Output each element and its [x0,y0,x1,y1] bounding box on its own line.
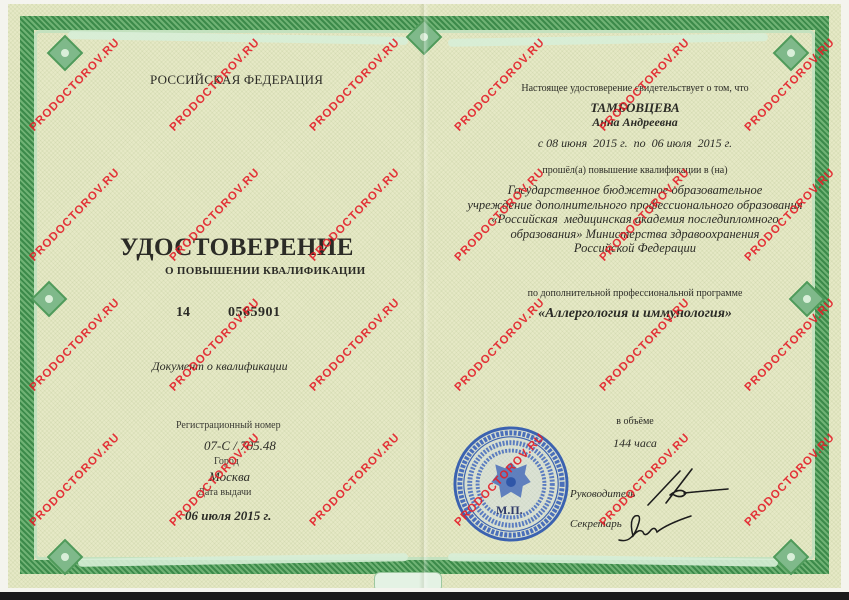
registration-number: 07-С / 705.48 [204,438,276,454]
training-period: с 08 июня 2015 г. по 06 июля 2015 г. [465,136,805,151]
country-heading: РОССИЙСКАЯ ФЕДЕРАЦИЯ [150,72,323,88]
issue-date-label: Дата выдачи [198,487,251,498]
passed-text: прошёл(а) повышение квалификации в (на) [465,165,805,176]
organization-line: образования» Министерства здравоохранени… [465,227,805,242]
seal-mark: М.П. [496,503,523,518]
organization-line: Российской Федерации [465,241,805,256]
official-seal-icon [452,425,570,543]
document-series: 14 [176,305,190,321]
organization-line: Государственное бюджетное образовательно… [465,183,805,198]
document-number: 0565901 [228,305,281,321]
registration-label: Регистрационный номер [176,420,281,431]
program-name: «Аллергология и иммунология» [465,306,805,322]
left-page: РОССИЙСКАЯ ФЕДЕРАЦИЯ УДОСТОВЕРЕНИЕ О ПОВ… [0,0,424,600]
right-page: Настоящее удостоверение свидетельствует … [425,0,849,600]
city-label: Город [214,456,239,467]
head-label: Руководитель [570,488,635,500]
program-label: по дополнительной профессиональной прогр… [465,288,805,299]
document-title: УДОСТОВЕРЕНИЕ [120,234,354,262]
organization-line: «Российская медицинская академия последи… [465,212,805,227]
organization-name: Государственное бюджетное образовательно… [465,183,805,256]
head-signature-icon [640,465,730,510]
organization-line: учреждение дополнительного профессиональ… [465,198,805,213]
city-value: Москва [209,469,250,485]
document-subtitle: О ПОВЫШЕНИИ КВАЛИФИКАЦИИ [165,265,366,277]
document-type: Документ о квалификации [152,359,288,374]
holder-given-names: Анна Андреевна [465,115,805,130]
intro-text: Настоящее удостоверение свидетельствует … [465,83,805,94]
issue-date-value: 06 июля 2015 г. [185,508,271,524]
secretary-label: Секретарь [570,518,622,530]
secretary-signature-icon [615,510,695,545]
holder-surname: ТАМБОВЦЕВА [465,100,805,116]
